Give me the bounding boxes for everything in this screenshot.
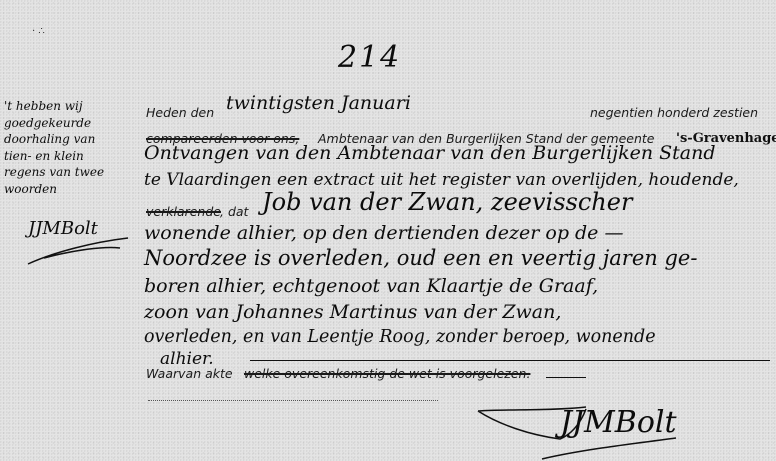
scan-speck: · ∴ bbox=[32, 26, 45, 37]
dotted-line bbox=[148, 400, 438, 401]
handwritten-line: wonende alhier, op den dertienden dezer … bbox=[144, 222, 623, 244]
handwritten-line: Ontvangen van den Ambtenaar van den Burg… bbox=[144, 142, 716, 164]
printed-heden-den: Heden den bbox=[146, 105, 214, 120]
margin-note-line: goedgekeurde bbox=[4, 115, 144, 132]
handwritten-line: Noordzee is overleden, oud een en veerti… bbox=[144, 246, 697, 270]
margin-note-line: regens van twee bbox=[4, 164, 144, 181]
struck-verklarende: verklarende bbox=[146, 204, 221, 219]
handwritten-date: twintigsten Januari bbox=[226, 92, 411, 114]
signature-underline bbox=[540, 430, 680, 461]
fill-line bbox=[250, 360, 770, 361]
handwritten-line: overleden, en van Leentje Roog, zonder b… bbox=[144, 327, 656, 347]
handwritten-line: boren alhier, echtgenoot van Klaartje de… bbox=[144, 275, 598, 297]
page-number: 214 bbox=[338, 40, 401, 75]
struck-voorgelezen: welke overeenkomstig de wet is voorgelez… bbox=[244, 366, 530, 381]
printed-dat: , dat bbox=[220, 204, 248, 219]
margin-note-line: 't hebben wij bbox=[4, 98, 144, 115]
margin-note-line: doorhaling van bbox=[4, 131, 144, 148]
printed-year: negentien honderd zestien bbox=[590, 105, 758, 120]
deceased-name: Job van der Zwan, zeevisscher bbox=[262, 188, 632, 216]
fill-line bbox=[546, 377, 586, 378]
handwritten-line: te Vlaardingen een extract uit het regis… bbox=[144, 170, 739, 190]
margin-signature-flourish bbox=[24, 232, 134, 268]
margin-note: 't hebben wij goedgekeurde doorhaling va… bbox=[4, 98, 144, 197]
margin-note-line: tien- en klein bbox=[4, 148, 144, 165]
margin-note-line: woorden bbox=[4, 181, 144, 198]
printed-waarvan-akte: Waarvan akte bbox=[146, 366, 233, 381]
document-page: · ∴ 214 't hebben wij goedgekeurde doorh… bbox=[0, 0, 776, 461]
handwritten-line: zoon van Johannes Martinus van der Zwan, bbox=[144, 301, 561, 323]
